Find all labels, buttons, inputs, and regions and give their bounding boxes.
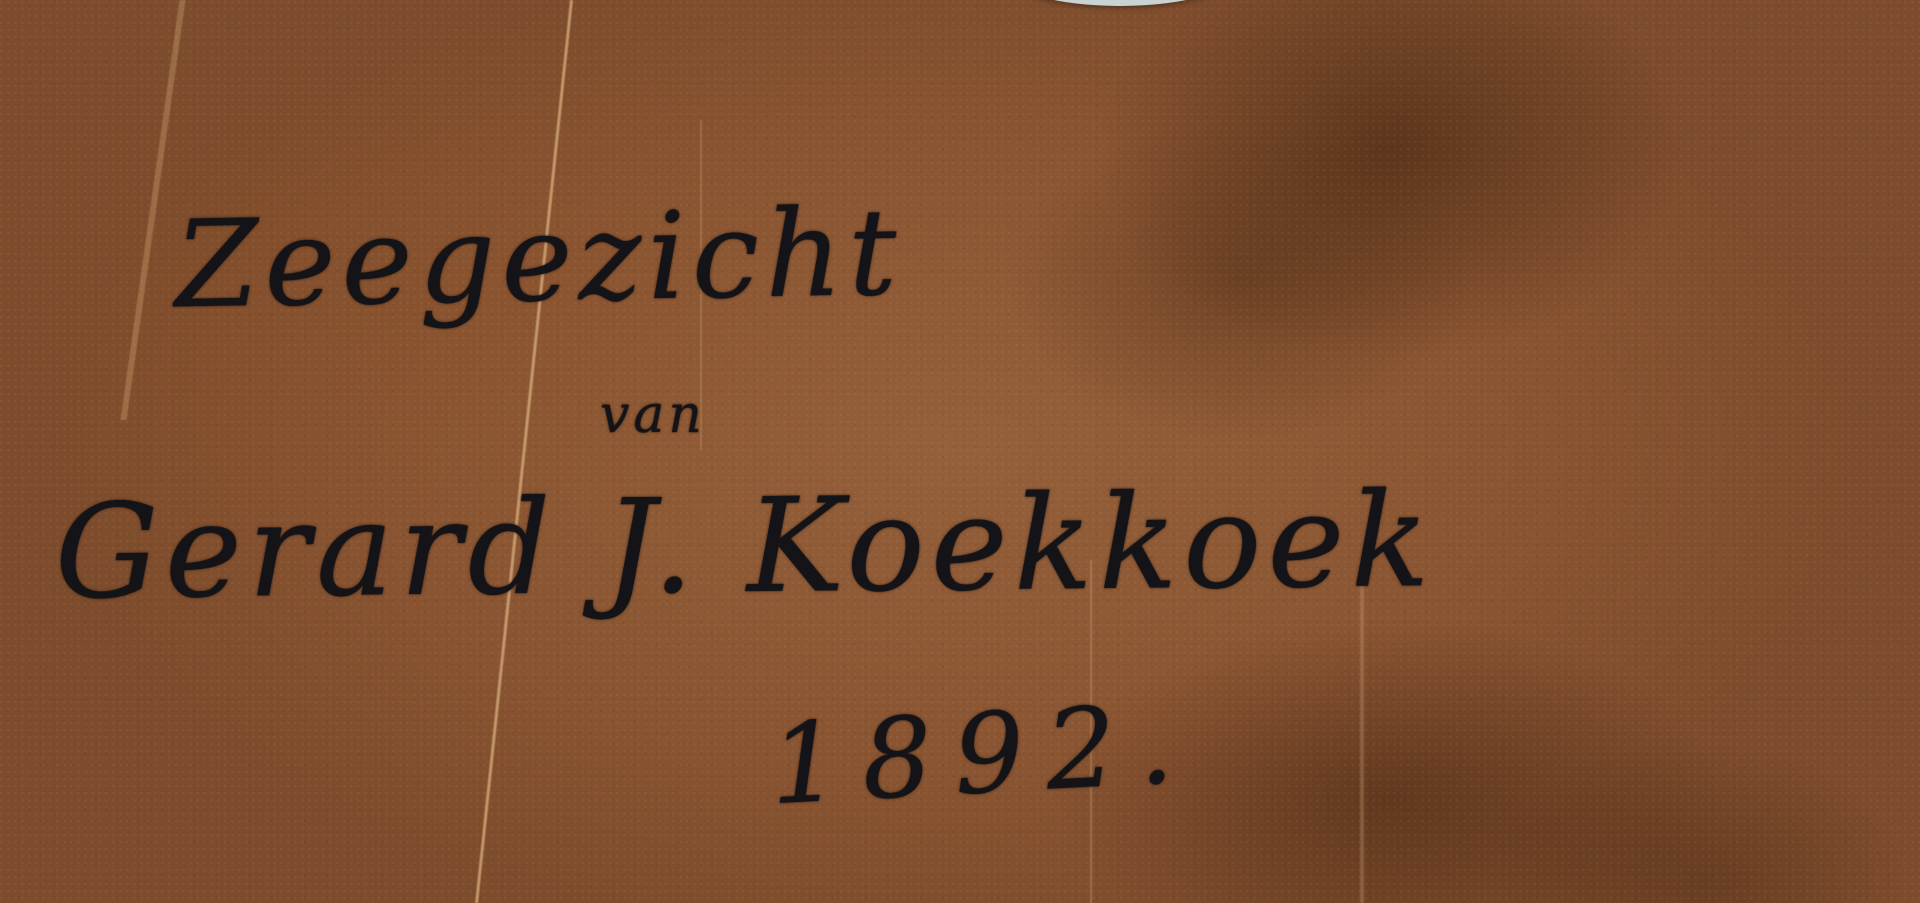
label-sticker-edge [1000, 0, 1240, 6]
inscription-preposition: van [600, 385, 706, 445]
inscription-title: Zeegezicht [174, 184, 904, 336]
inscription-year: 1892. [767, 679, 1198, 829]
inscription-artist-signature: Gerard J. Koekkoek [54, 464, 1435, 628]
painting-verso-board: Zeegezicht van Gerard J. Koekkoek 1892. [0, 0, 1920, 903]
board-crack [475, 0, 573, 903]
